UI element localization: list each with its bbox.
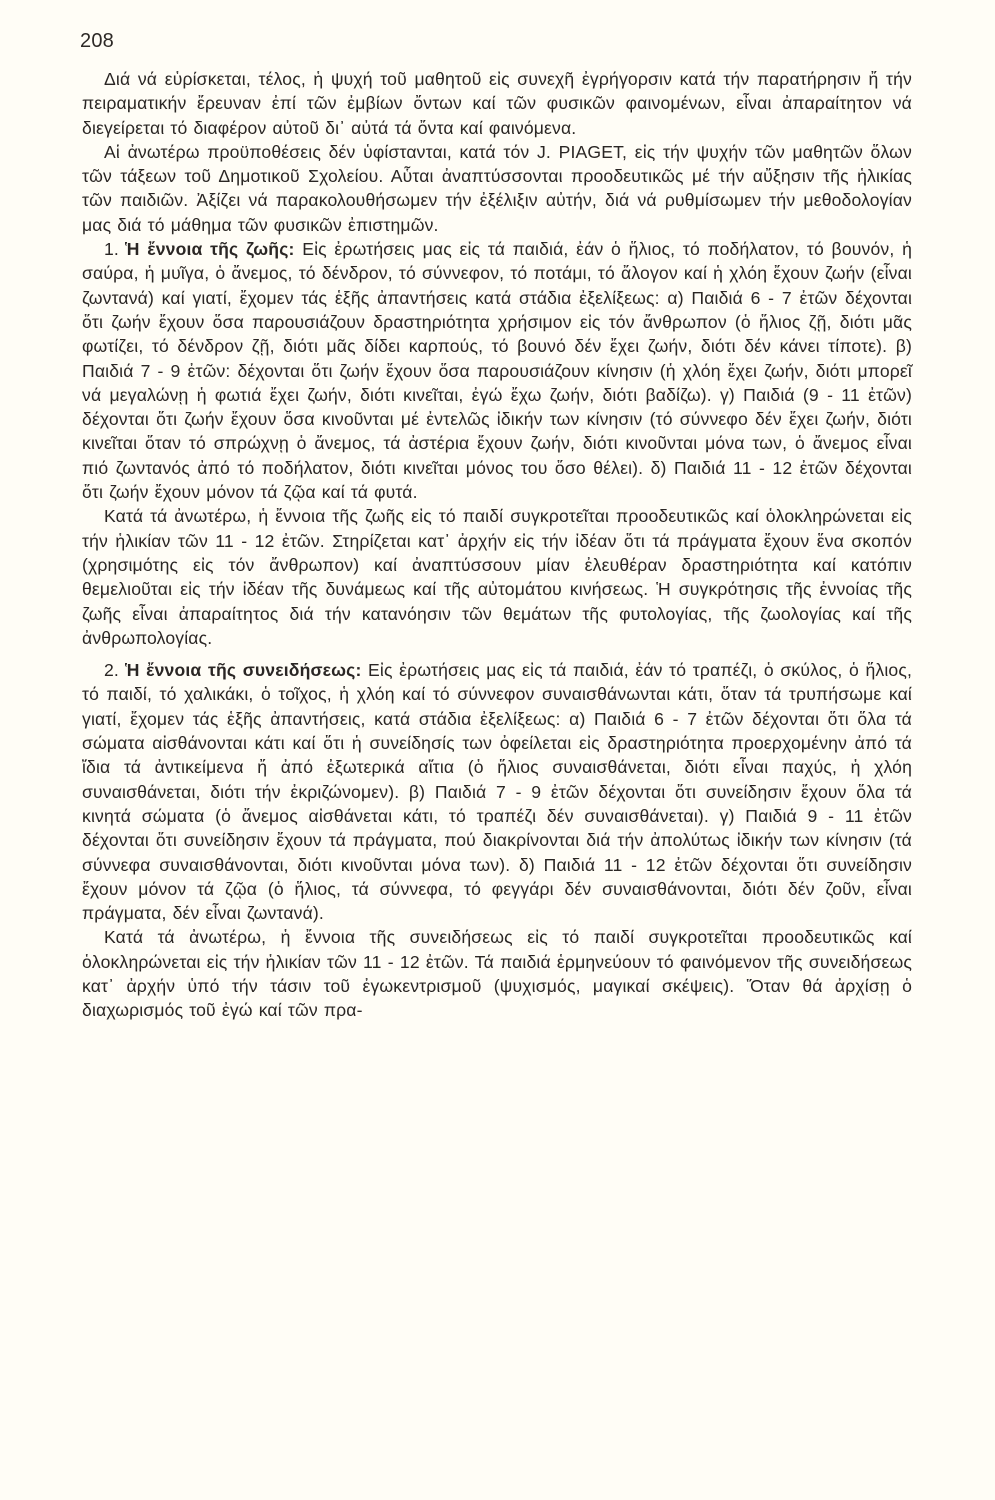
section-number: 1. [104, 239, 119, 259]
section-text: Εἰς ἐρωτήσεις μας εἰς τά παιδιά, ἐάν τό … [82, 660, 912, 923]
section-heading: Ἡ ἔννοια τῆς συνειδήσεως: [125, 660, 362, 680]
paragraph-intro: Διά νά εὑρίσκεται, τέλος, ἡ ψυχή τοῦ μαθ… [82, 67, 912, 140]
paragraph-life-summary: Κατά τά ἀνωτέρω, ἡ ἔννοια τῆς ζωῆς εἰς τ… [82, 504, 912, 650]
paragraph-consciousness-summary: Κατά τά ἀνωτέρω, ἡ ἔννοια τῆς συνειδήσεω… [82, 925, 912, 1022]
paragraph-piaget: Αἱ ἀνωτέρω προϋποθέσεις δέν ὑφίστανται, … [82, 140, 912, 237]
page-number: 208 [80, 30, 114, 53]
page-body: Διά νά εὑρίσκεται, τέλος, ἡ ψυχή τοῦ μαθ… [82, 67, 912, 1023]
section-text: Εἰς ἐρωτήσεις μας εἰς τά παιδιά, ἐάν ὁ ἥ… [82, 239, 912, 502]
section-heading: Ἡ ἔννοια τῆς ζωῆς: [125, 239, 295, 259]
section-number: 2. [104, 660, 119, 680]
section-concept-of-consciousness: 2.Ἡ ἔννοια τῆς συνειδήσεως: Εἰς ἐρωτήσει… [82, 658, 912, 925]
section-concept-of-life: 1.Ἡ ἔννοια τῆς ζωῆς: Εἰς ἐρωτήσεις μας ε… [82, 237, 912, 504]
